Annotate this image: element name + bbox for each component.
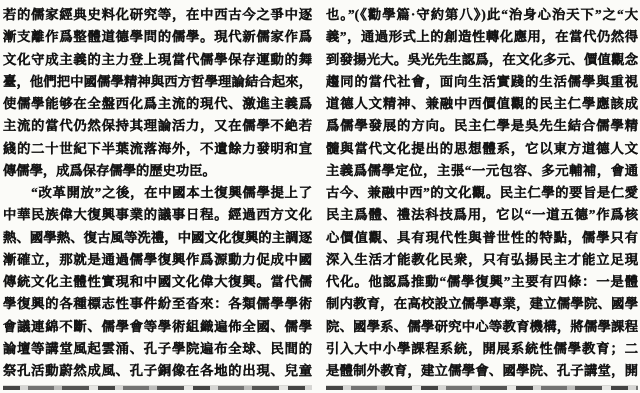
text-line: 論壇等講堂風起雲涌、孔子學院遍布全球、民間的 (3, 338, 312, 360)
scanned-page: 若的儒家經典史料化研究等，在中西古今之爭中逐 漸支離作爲整體道德學問的儒學。現代… (0, 0, 640, 393)
text-line: 民主爲體、禮法科技爲用，它以“一道五德”作爲核 (326, 204, 638, 226)
text-line: 使儒學能够在全盤西化爲主流的現代、激進主義爲 (3, 93, 312, 115)
text-line: 趨同的當代社會，面向生活實踐的生活儒學與重視 (326, 71, 638, 93)
text-line: 義”，通過形式上的創造性轉化應用，在當代仍然得 (326, 26, 638, 48)
text-line: 傳統文化主體性實現和中國文化偉大復興。當代儒 (3, 271, 312, 293)
text-line: 引入大中小學課程系統，開展系統性儒學教育；二 (326, 338, 638, 360)
text-line: 綫的二十世紀下半葉流落海外，不遺餘力發明和宣 (3, 138, 312, 160)
text-line: 深入生活才能教化民衆，只有弘揚民主才能立足現 (326, 249, 638, 271)
text-line: 熱、國學熱、復古風等洗禮，中國文化復興的主調逐 (3, 227, 312, 249)
text-line: 主義爲儒學定位，主張“一元包容、多元輔補，會通 (326, 160, 638, 182)
text-line: 臺，他們把中國儒學精神與西方哲學理論結合起來， (3, 71, 312, 93)
text-line: 漸支離作爲整體道德學問的儒學。現代新儒家作爲 (3, 26, 312, 48)
text-line-paragraph-start: “改革開放”之後，在中國本土復興儒學提上了 (3, 182, 312, 204)
clipped-next-text-line (3, 385, 312, 390)
text-line: 也。”(《勸學篇·守約第八》)此“治身心治天下”之“大 (326, 4, 638, 26)
text-line-paragraph-end: 傳儒學，成爲保存儒學的歷史功臣。 (3, 160, 312, 182)
text-line: 祭孔活動蔚然成風、孔子銅像在各地的出現、兒童 (3, 360, 312, 382)
text-line: 是體制外教育，建立儒學會、國學院、孔子講堂，開 (326, 360, 638, 382)
text-line: 主流的當代仍然保持其理論活力，又在儒學不絶若 (3, 115, 312, 137)
text-line: 學復興的各種標志性事件紛至沓來：各類儒學學術 (3, 293, 312, 315)
text-line: 古今、兼融中西”的文化觀。民主仁學的要旨是仁愛 (326, 182, 638, 204)
text-line: 文化守成主義的主力登上現當代儒學保存運動的舞 (3, 49, 312, 71)
text-line: 爲儒學發展的方向。民主仁學是吳先生結合儒學精 (326, 115, 638, 137)
clipped-next-text-line (326, 385, 638, 390)
text-line: 制内教育，在高校設立儒學專業，建立儒學院、國學 (326, 293, 638, 315)
text-column-left: 若的儒家經典史料化研究等，在中西古今之爭中逐 漸支離作爲整體道德學問的儒學。現代… (3, 4, 312, 393)
text-column-right: 也。”(《勸學篇·守約第八》)此“治身心治天下”之“大 義”，通過形式上的創造性… (326, 4, 638, 393)
text-line: 髓與當代文化提出的思想體系，它以東方道德人文 (326, 138, 638, 160)
text-line: 道德人文精神、兼融中西價值觀的民主仁學應該成 (326, 93, 638, 115)
text-line: 中華民族偉大復興事業的議事日程。經過西方文化 (3, 204, 312, 226)
text-line: 心價值觀、具有現代性與普世性的特點，儒學只有 (326, 227, 638, 249)
text-line: 若的儒家經典史料化研究等，在中西古今之爭中逐 (3, 4, 312, 26)
text-line: 到發揚光大。吳光先生認爲，在文化多元、價值觀念 (326, 49, 638, 71)
text-line: 漸確立，那就是通過儒學復興作爲源動力促成中國 (3, 249, 312, 271)
text-line: 代化。他認爲推動“儒學復興”主要有四條：一是體 (326, 271, 638, 293)
text-line: 會議連綿不斷、儒學會等學術組織遍佈全國、儒學 (3, 316, 312, 338)
text-line: 院、國學系、儒學研究中心等教育機構，將儒學課程 (326, 316, 638, 338)
